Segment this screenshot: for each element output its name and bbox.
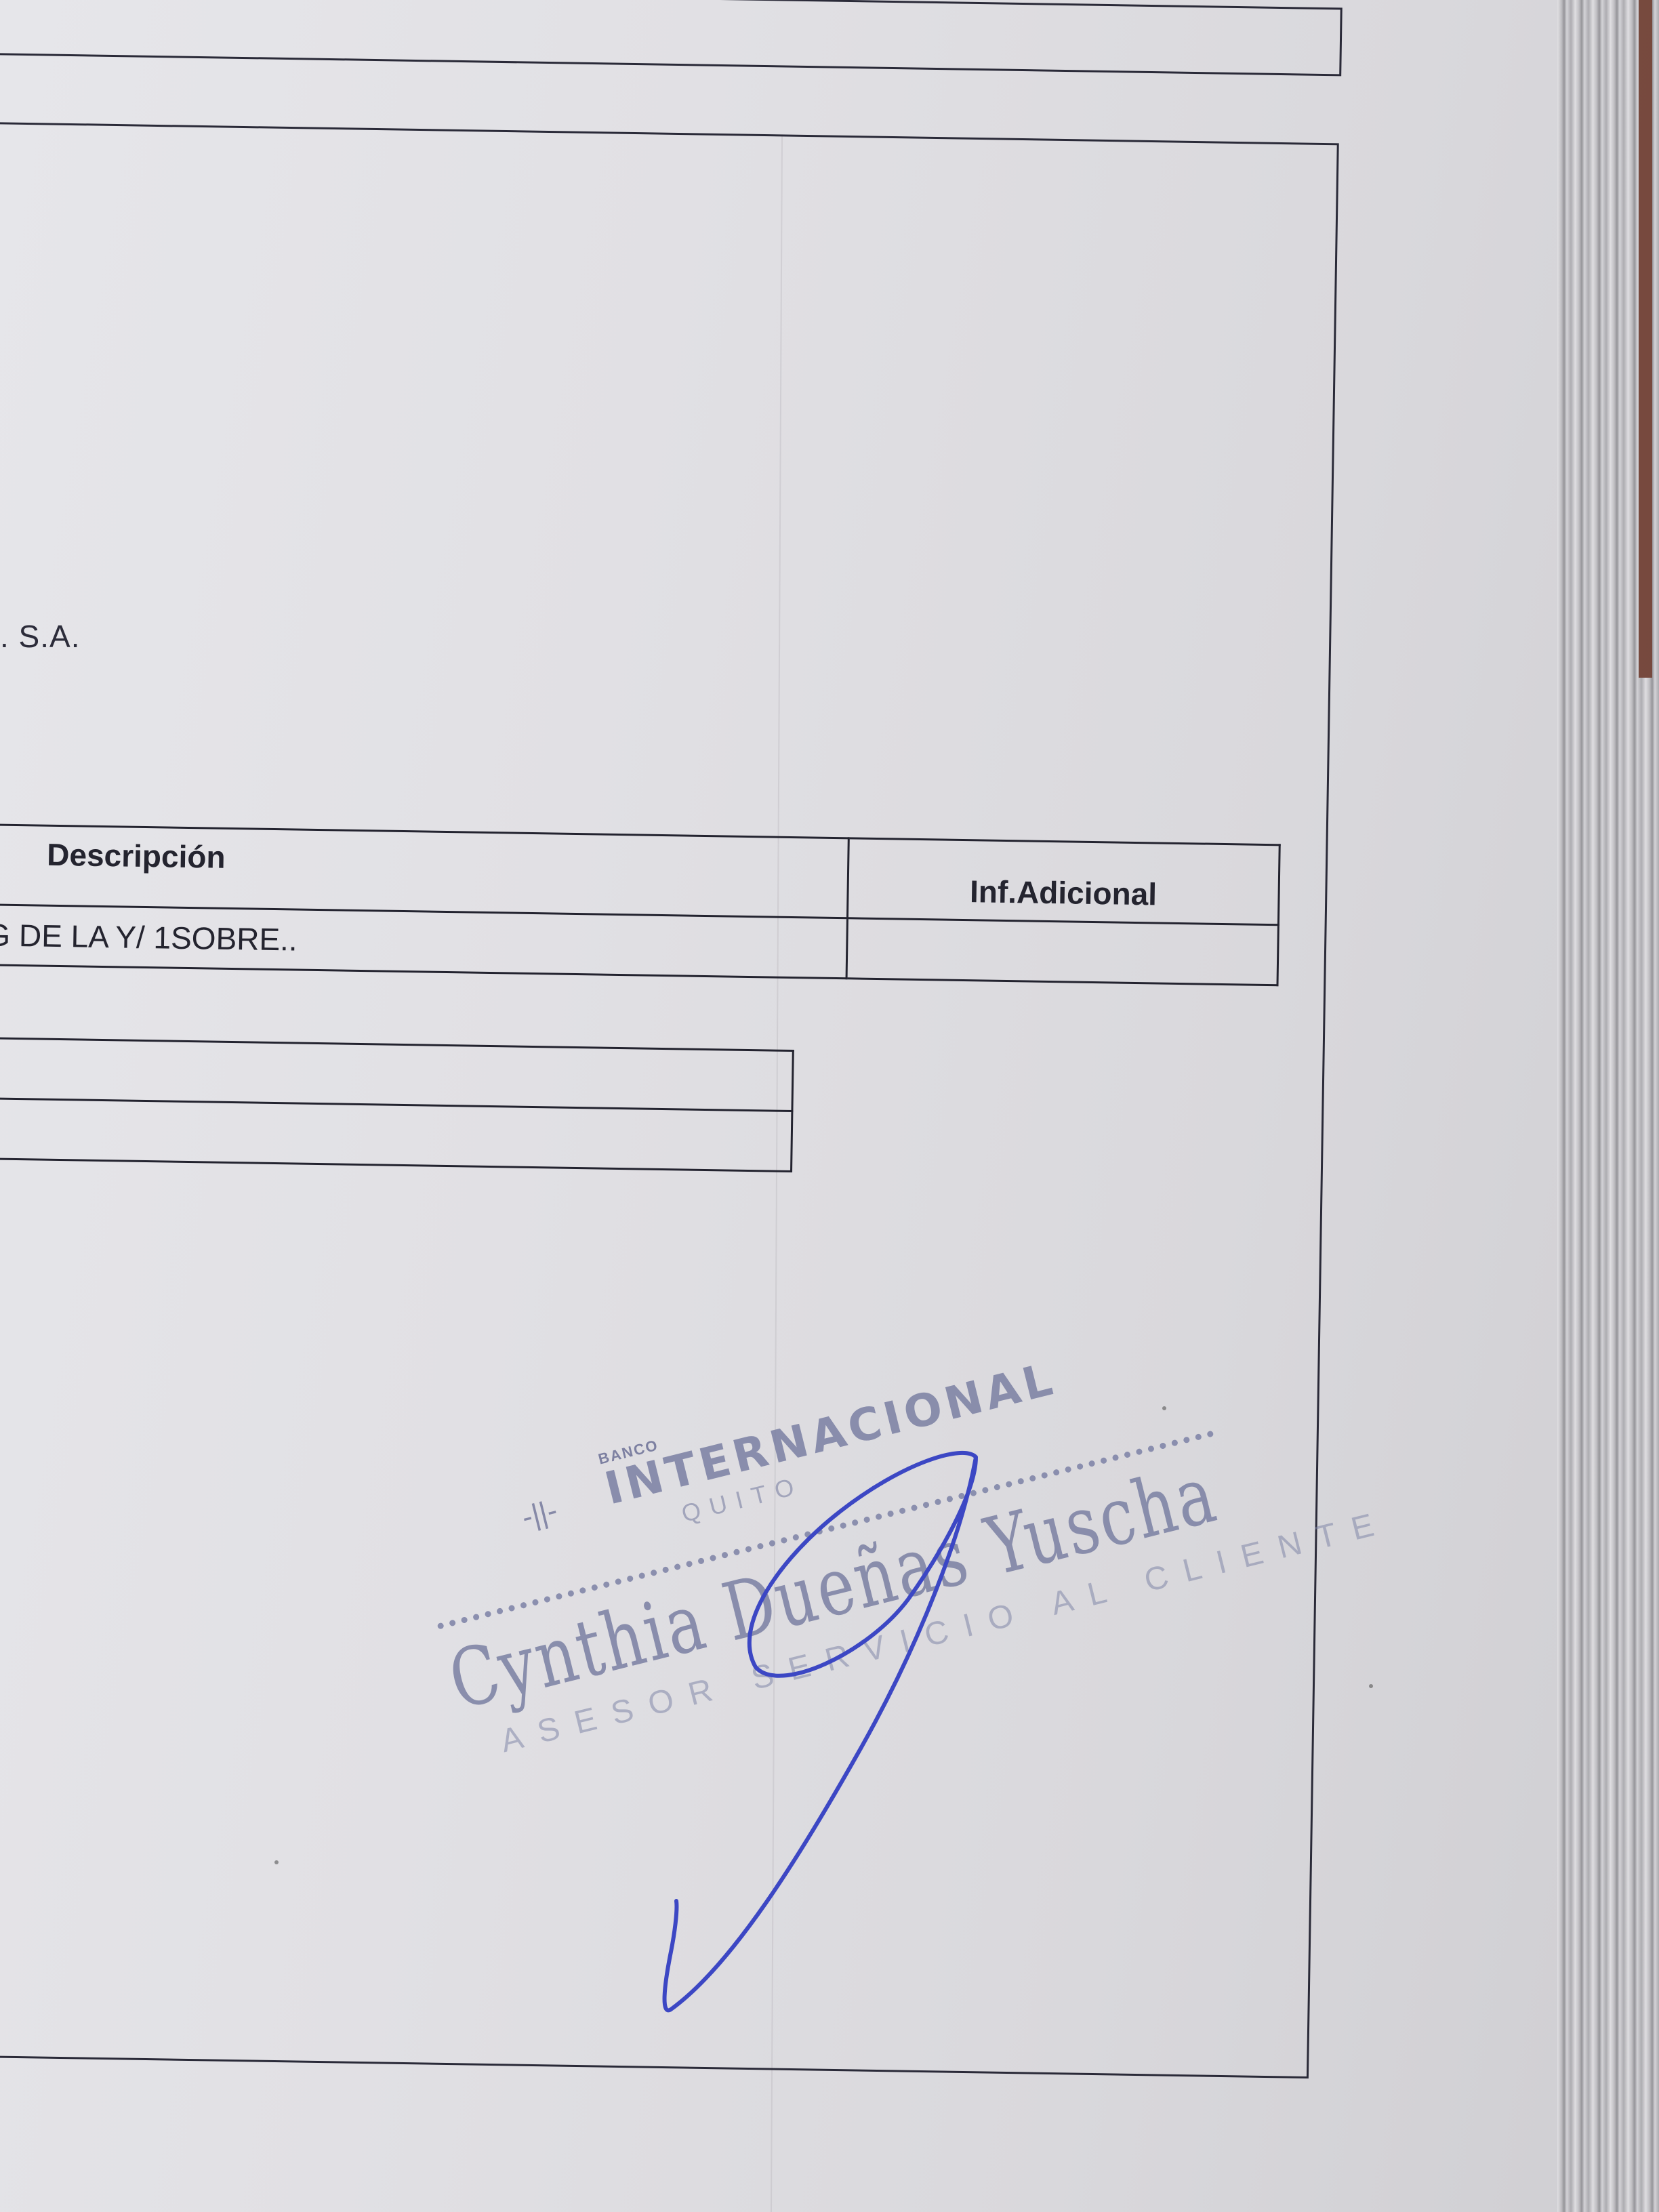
header-inf-adicional: Inf.Adicional [847,838,1279,925]
totals-table [0,1037,794,1172]
paper-speck [1369,1684,1373,1688]
company-name-fragment: . S.A. [0,618,80,655]
table-row [0,1098,792,1171]
stamp-logo-icon: -||- [518,1494,561,1535]
totals-cell [0,1098,792,1171]
binder-edge [1639,0,1652,678]
page-stack-edge [1557,0,1659,2212]
totals-table-container [0,1037,794,1172]
header-descripcion: Descripción [0,824,848,918]
paper-speck [1162,1406,1166,1410]
items-table-container: Descripción Inf.Adicional G DE LA Y/ 1SO… [0,823,1281,986]
cell-descripcion: G DE LA Y/ 1SOBRE.. [0,904,847,978]
paper-speck [274,1860,279,1864]
cell-inf-adicional [846,918,1278,985]
items-table: Descripción Inf.Adicional G DE LA Y/ 1SO… [0,823,1281,986]
